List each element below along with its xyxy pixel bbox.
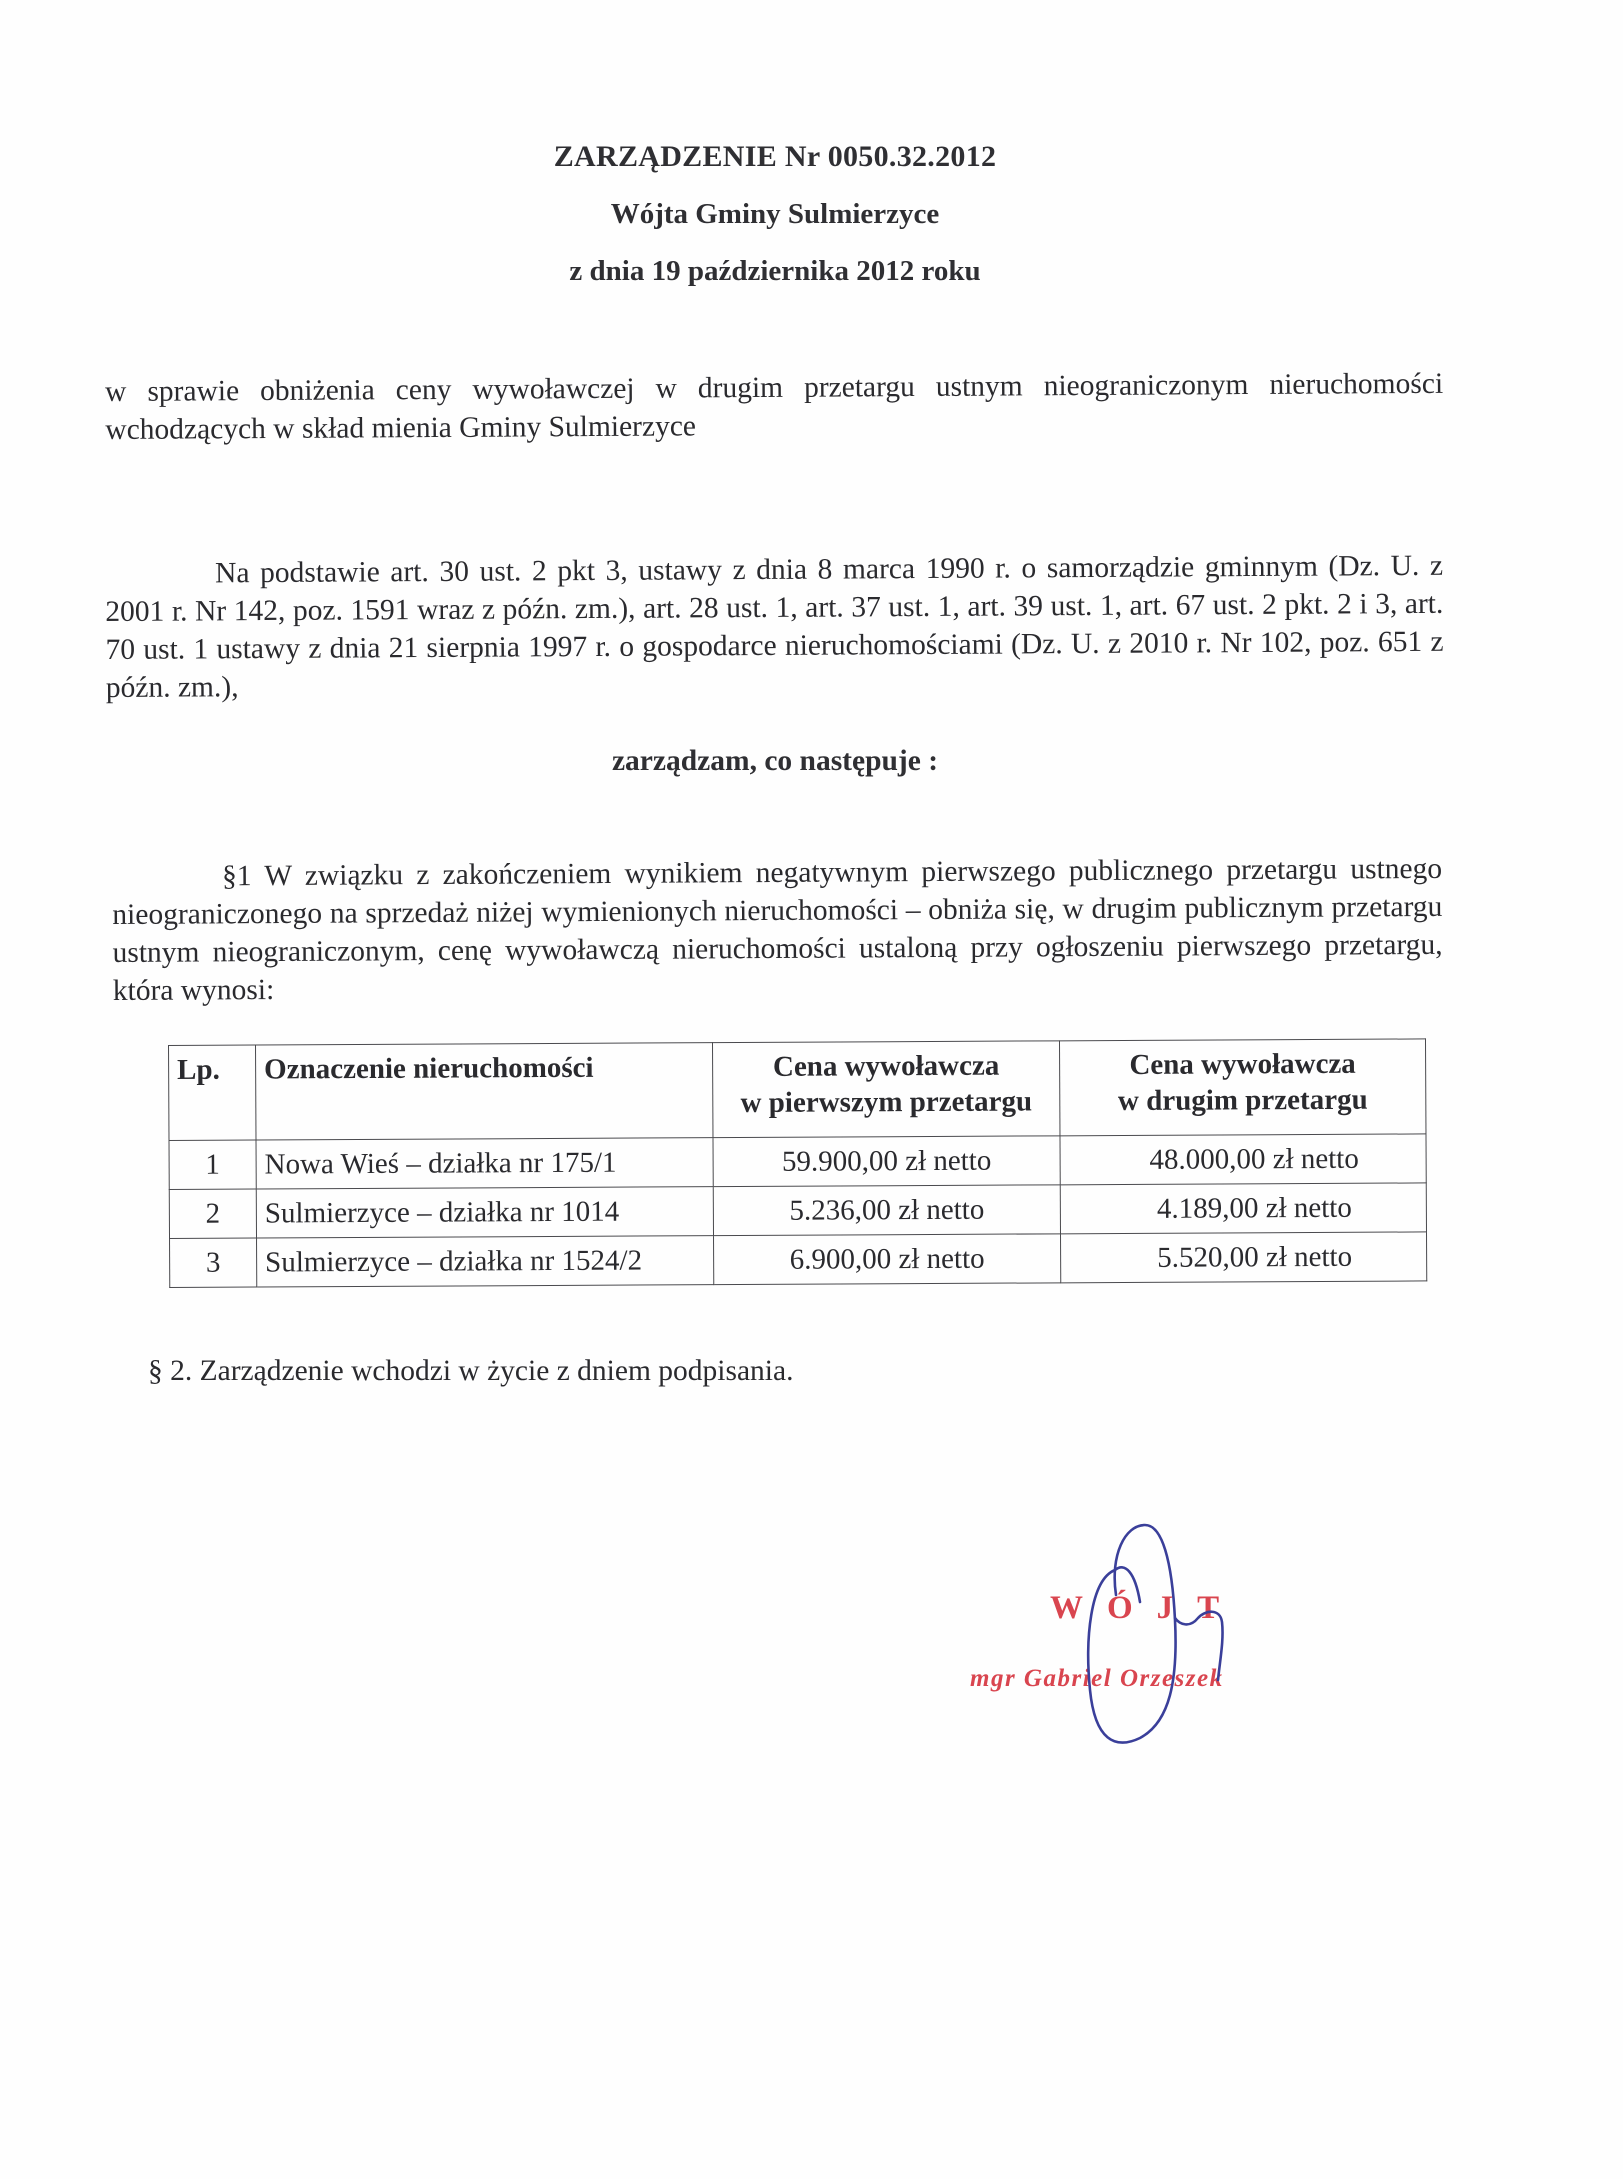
header-price-second-line2: w drugim przetargu: [1118, 1084, 1368, 1117]
header-price-first-line1: Cena wywoławcza: [773, 1050, 999, 1083]
section-1-text: §1 W związku z zakończeniem wynikiem neg…: [112, 853, 1442, 1007]
cell-property: Sulmierzyce – działka nr 1524/2: [257, 1236, 714, 1287]
cell-price-second: 5.520,00 zł netto: [1061, 1232, 1427, 1283]
table-row: 2 Sulmierzyce – działka nr 1014 5.236,00…: [169, 1183, 1426, 1239]
legal-basis-paragraph: Na podstawie art. 30 ust. 2 pkt 3, ustaw…: [105, 547, 1444, 707]
cell-property: Sulmierzyce – działka nr 1014: [256, 1187, 713, 1238]
cell-lp: 2: [169, 1189, 256, 1238]
cell-lp: 1: [169, 1140, 256, 1189]
cell-property: Nowa Wieś – działka nr 175/1: [256, 1138, 713, 1189]
cell-price-first: 5.236,00 zł netto: [713, 1185, 1060, 1236]
header-price-second-line1: Cena wywoławcza: [1129, 1048, 1355, 1081]
cell-price-second: 4.189,00 zł netto: [1060, 1183, 1426, 1234]
document-issuer: Wójta Gminy Sulmierzyce: [0, 198, 1550, 231]
document-title: ZARZĄDZENIE Nr 0050.32.2012: [0, 140, 1550, 174]
section-1-paragraph: §1 W związku z zakończeniem wynikiem neg…: [112, 850, 1443, 1010]
indent: [112, 885, 222, 886]
header-property: Oznaczenie nieruchomości: [256, 1043, 713, 1140]
header-price-second: Cena wywoławczaw drugim przetargu: [1059, 1039, 1425, 1136]
document-date: z dnia 19 października 2012 roku: [0, 255, 1550, 288]
indent: [105, 582, 215, 583]
price-table: Lp. Oznaczenie nieruchomości Cena wywoła…: [168, 1038, 1427, 1288]
handwritten-signature-icon: [930, 1500, 1290, 1780]
header-price-first-line2: w pierwszym przetargu: [740, 1085, 1032, 1119]
decree-phrase: zarządzam, co następuje :: [0, 745, 1550, 778]
cell-price-first: 6.900,00 zł netto: [714, 1234, 1061, 1285]
cell-lp: 3: [170, 1238, 257, 1287]
table-header-row: Lp. Oznaczenie nieruchomości Cena wywoła…: [169, 1039, 1426, 1141]
legal-basis-text: Na podstawie art. 30 ust. 2 pkt 3, ustaw…: [105, 550, 1443, 704]
header-price-first: Cena wywoławczaw pierwszym przetargu: [712, 1041, 1059, 1138]
table-row: 1 Nowa Wieś – działka nr 175/1 59.900,00…: [169, 1134, 1426, 1190]
subject-paragraph: w sprawie obniżenia ceny wywoławczej w d…: [105, 365, 1443, 449]
cell-price-second: 48.000,00 zł netto: [1060, 1134, 1426, 1185]
table-row: 3 Sulmierzyce – działka nr 1524/2 6.900,…: [170, 1232, 1427, 1288]
cell-price-first: 59.900,00 zł netto: [713, 1136, 1060, 1187]
official-stamp: WÓJT mgr Gabriel Orzeszek: [930, 1500, 1290, 1780]
section-2-paragraph: § 2. Zarządzenie wchodzi w życie z dniem…: [148, 1355, 793, 1388]
header-lp: Lp.: [169, 1045, 256, 1140]
